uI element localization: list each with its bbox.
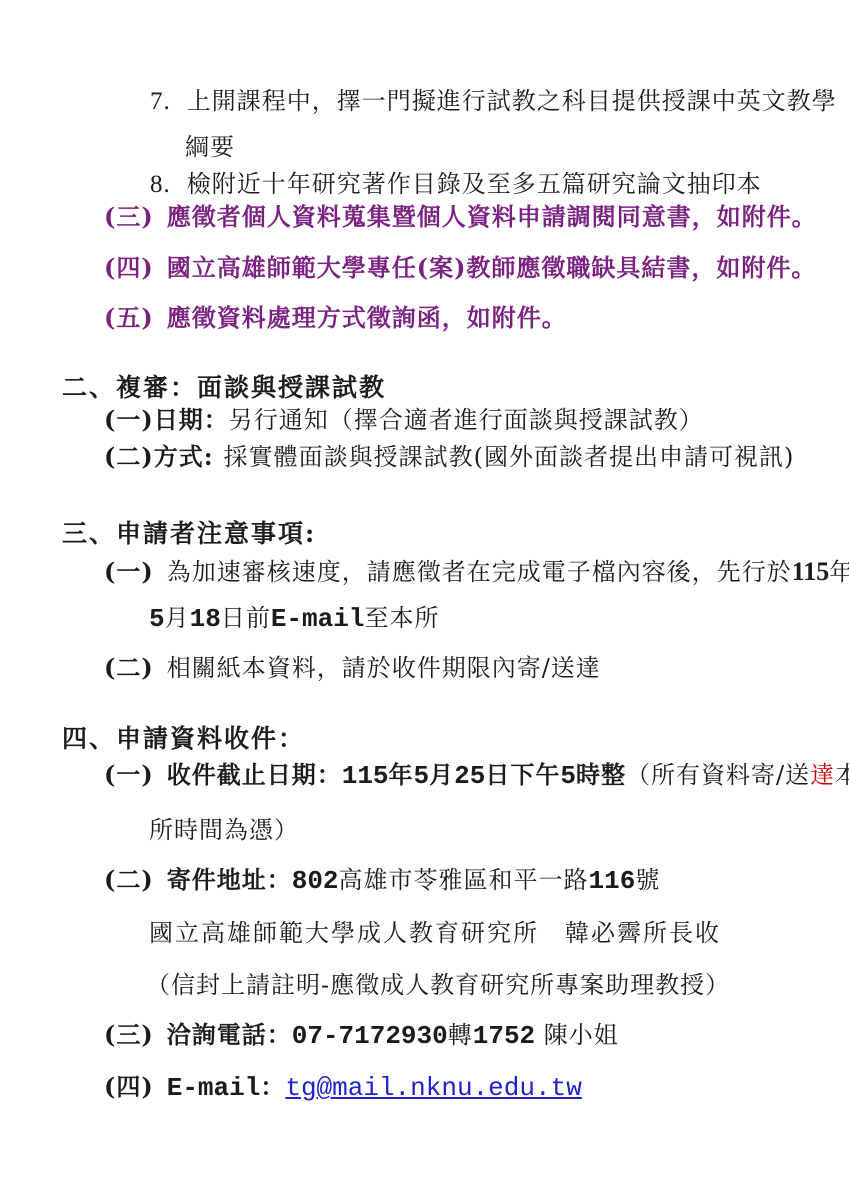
- document-page: 7.上開課程中，擇一門擬進行試教之科目提供授課中英文教學 綱要 8.檢附近十年研…: [0, 0, 849, 1200]
- list-item-text: 綱要: [185, 133, 235, 161]
- section-3-heading: 三、申請者注意事項:: [62, 518, 316, 549]
- item-marker: (二): [104, 442, 154, 471]
- item-marker: (一): [104, 760, 154, 789]
- item-label: 日期：: [154, 405, 229, 434]
- list-item-text: 檢附近十年研究著作目錄及至多五篇研究論文抽印本: [187, 170, 762, 198]
- street-number: 116: [589, 866, 636, 896]
- purple-item-5: (五)應徵資料處理方式徵詢函，如附件。: [104, 303, 567, 333]
- item-text: 採實體面談與授課試教(國外面談者提出申請可視訊): [224, 443, 795, 471]
- section-4-item-1-line1: (一)收件截止日期：115年5月25日下午5時整（所有資料寄/送達本: [104, 760, 849, 793]
- section-3-item-1-line1: (一)為加速審核速度，請應徵者在完成電子檔內容後，先行於115年: [104, 556, 849, 589]
- postal-code: 802: [292, 866, 339, 896]
- item-label: 寄件地址：: [167, 865, 292, 894]
- item-marker: (四): [104, 253, 154, 282]
- section-3-item-1-line2: 5月18日前E-mail至本所: [149, 603, 439, 636]
- section-4-item-3: (三)洽詢電話：07-7172930轉1752 陳小姐: [104, 1020, 619, 1053]
- address-text: 高雄市苓雅區和平一路: [339, 866, 589, 894]
- envelope-note: （信封上請註明-應徵成人教育研究所專案助理教授）: [146, 971, 730, 999]
- item-marker: (一): [104, 405, 154, 434]
- item-label: 方式:: [154, 442, 214, 471]
- section-2-item-2: (二)方式:採實體面談與授課試教(國外面談者提出申請可視訊): [104, 442, 794, 472]
- section-2-item-1: (一)日期：另行通知（擇合適者進行面談與授課試教）: [104, 405, 704, 435]
- section-3-item-2: (二)相關紙本資料，請於收件期限內寄/送達: [104, 653, 601, 683]
- email-word: E-mail: [271, 604, 365, 634]
- item-marker: (三): [104, 1020, 154, 1049]
- list-item-8: 8.檢附近十年研究著作目錄及至多五篇研究論文抽印本: [150, 169, 762, 200]
- section-4-item-2-line2: 國立高雄師範大學成人教育研究所 韓必霽所長收: [149, 918, 721, 948]
- item-text: 相關紙本資料，請於收件期限內寄/送達: [167, 654, 601, 682]
- item-marker: (五): [104, 303, 154, 332]
- item-marker: (四): [104, 1072, 154, 1101]
- phone-number: 07-7172930: [292, 1021, 448, 1051]
- list-item-7-line1: 7.上開課程中，擇一門擬進行試教之科目提供授課中英文教學: [150, 86, 837, 117]
- section-4-item-1-line2: 所時間為憑）: [149, 815, 299, 845]
- email-link[interactable]: tg@mail.nknu.edu.tw: [285, 1073, 581, 1103]
- list-number: 7.: [150, 88, 171, 115]
- item-label: 洽詢電話：: [167, 1020, 292, 1049]
- item-text: 另行通知（擇合適者進行面談與授課試教）: [229, 406, 704, 434]
- list-number: 8.: [150, 171, 171, 198]
- year-number: 115: [792, 557, 830, 586]
- item-text: 應徵資料處理方式徵詢函，如附件。: [167, 303, 567, 332]
- item-label: E-mail: [167, 1073, 261, 1103]
- purple-item-3: (三)應徵者個人資料蒐集暨個人資料申請調閱同意書，如附件。: [104, 202, 817, 232]
- extension-number: 1752: [473, 1021, 535, 1051]
- section-4-item-2-line1: (二)寄件地址：802高雄市苓雅區和平一路116號: [104, 865, 660, 898]
- item-marker: (一): [104, 557, 154, 586]
- section-4-item-4: (四)E-mail：tg@mail.nknu.edu.tw: [104, 1072, 582, 1105]
- item-text: 應徵者個人資料蒐集暨個人資料申請調閱同意書，如附件。: [167, 202, 817, 231]
- list-item-7-line2: 綱要: [185, 132, 235, 162]
- highlighted-char: 達: [810, 761, 835, 789]
- item-marker: (三): [104, 202, 154, 231]
- purple-item-4: (四)國立高雄師範大學專任(案)教師應徵職缺具結書，如附件。: [104, 253, 816, 283]
- section-2-heading: 二、複審：面談與授課試教: [62, 372, 386, 403]
- list-item-text: 上開課程中，擇一門擬進行試教之科目提供授課中英文教學: [187, 87, 837, 115]
- item-label: 收件截止日期：: [167, 760, 342, 789]
- contact-person: 陳小姐: [535, 1021, 619, 1049]
- item-text: 年: [829, 558, 849, 586]
- section-4-heading: 四、申請資料收件：: [62, 723, 305, 754]
- recipient-text: 國立高雄師範大學成人教育研究所 韓必霽所長收: [149, 919, 721, 947]
- item-text: 為加速審核速度，請應徵者在完成電子檔內容後，先行於: [167, 558, 792, 586]
- section-4-item-2-line3: （信封上請註明-應徵成人教育研究所專案助理教授）: [146, 970, 730, 1000]
- item-marker: (二): [104, 865, 154, 894]
- item-marker: (二): [104, 653, 154, 682]
- item-text: 國立高雄師範大學專任(案)教師應徵職缺具結書，如附件。: [167, 253, 817, 282]
